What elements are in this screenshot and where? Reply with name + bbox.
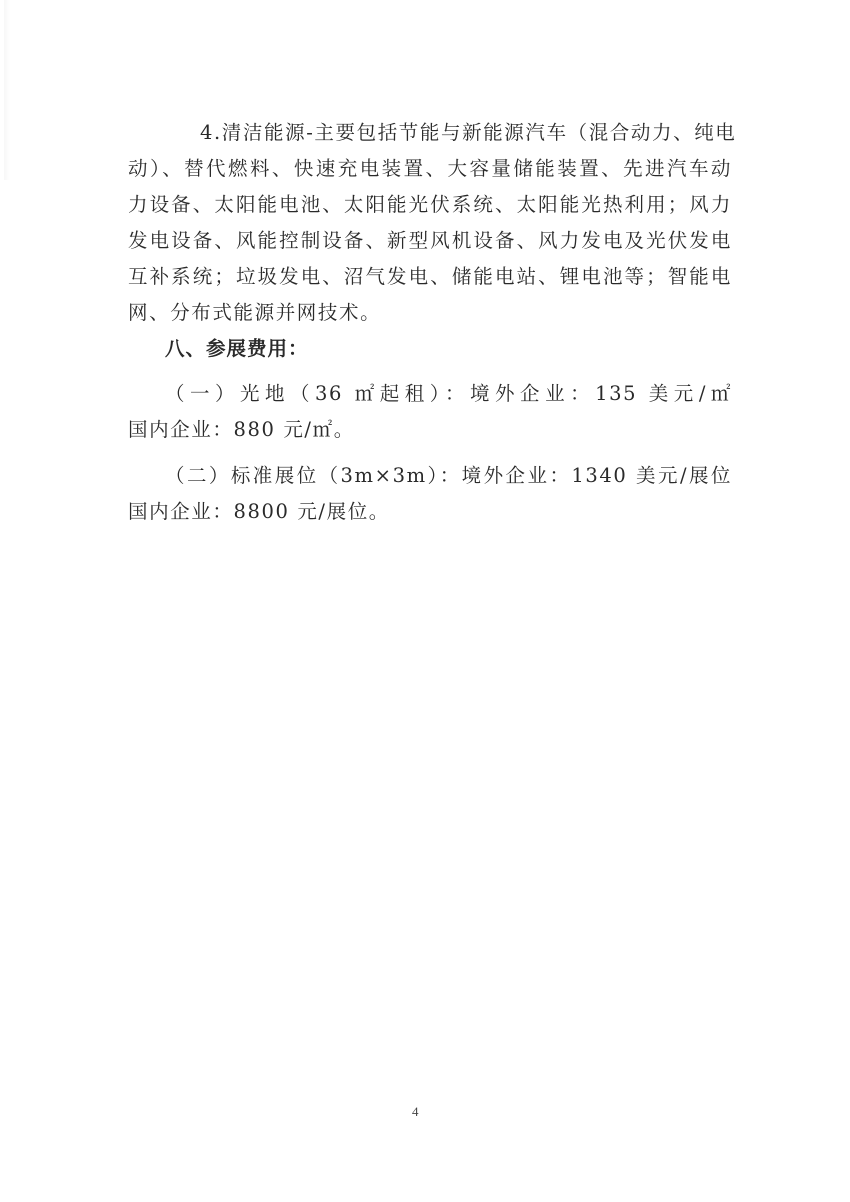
paragraph-line: 发电设备、风能控制设备、新型风机设备、风力发电及光伏发电 <box>128 223 732 259</box>
fee-line: （二）标准展位（3m×3m）：境外企业：1340 美元/展位 <box>165 458 732 494</box>
document-page: 4.清洁能源-主要包括节能与新能源汽车（混合动力、纯电 动）、替代燃料、快速充电… <box>0 0 850 1202</box>
fee-line: 国内企业：880 元/㎡。 <box>128 412 355 448</box>
paragraph-line: 网、分布式能源并网技术。 <box>128 295 381 331</box>
fee-line: （一）光地（36 ㎡起租）：境外企业：135 美元/㎡ <box>165 376 732 412</box>
paragraph-line: 力设备、太阳能电池、太阳能光伏系统、太阳能光热利用；风力 <box>128 187 732 223</box>
fee-line: 国内企业：8800 元/展位。 <box>128 494 390 530</box>
paragraph-line: 4.清洁能源-主要包括节能与新能源汽车（混合动力、纯电 <box>200 115 732 151</box>
section-heading-fees: 八、参展费用： <box>165 331 309 367</box>
paragraph-line: 互补系统；垃圾发电、沼气发电、储能电站、锂电池等；智能电 <box>128 259 732 295</box>
scan-edge-shadow <box>4 0 10 180</box>
paragraph-line: 动）、替代燃料、快速充电装置、大容量储能装置、先进汽车动 <box>128 151 732 187</box>
page-number: 4 <box>412 1104 419 1120</box>
